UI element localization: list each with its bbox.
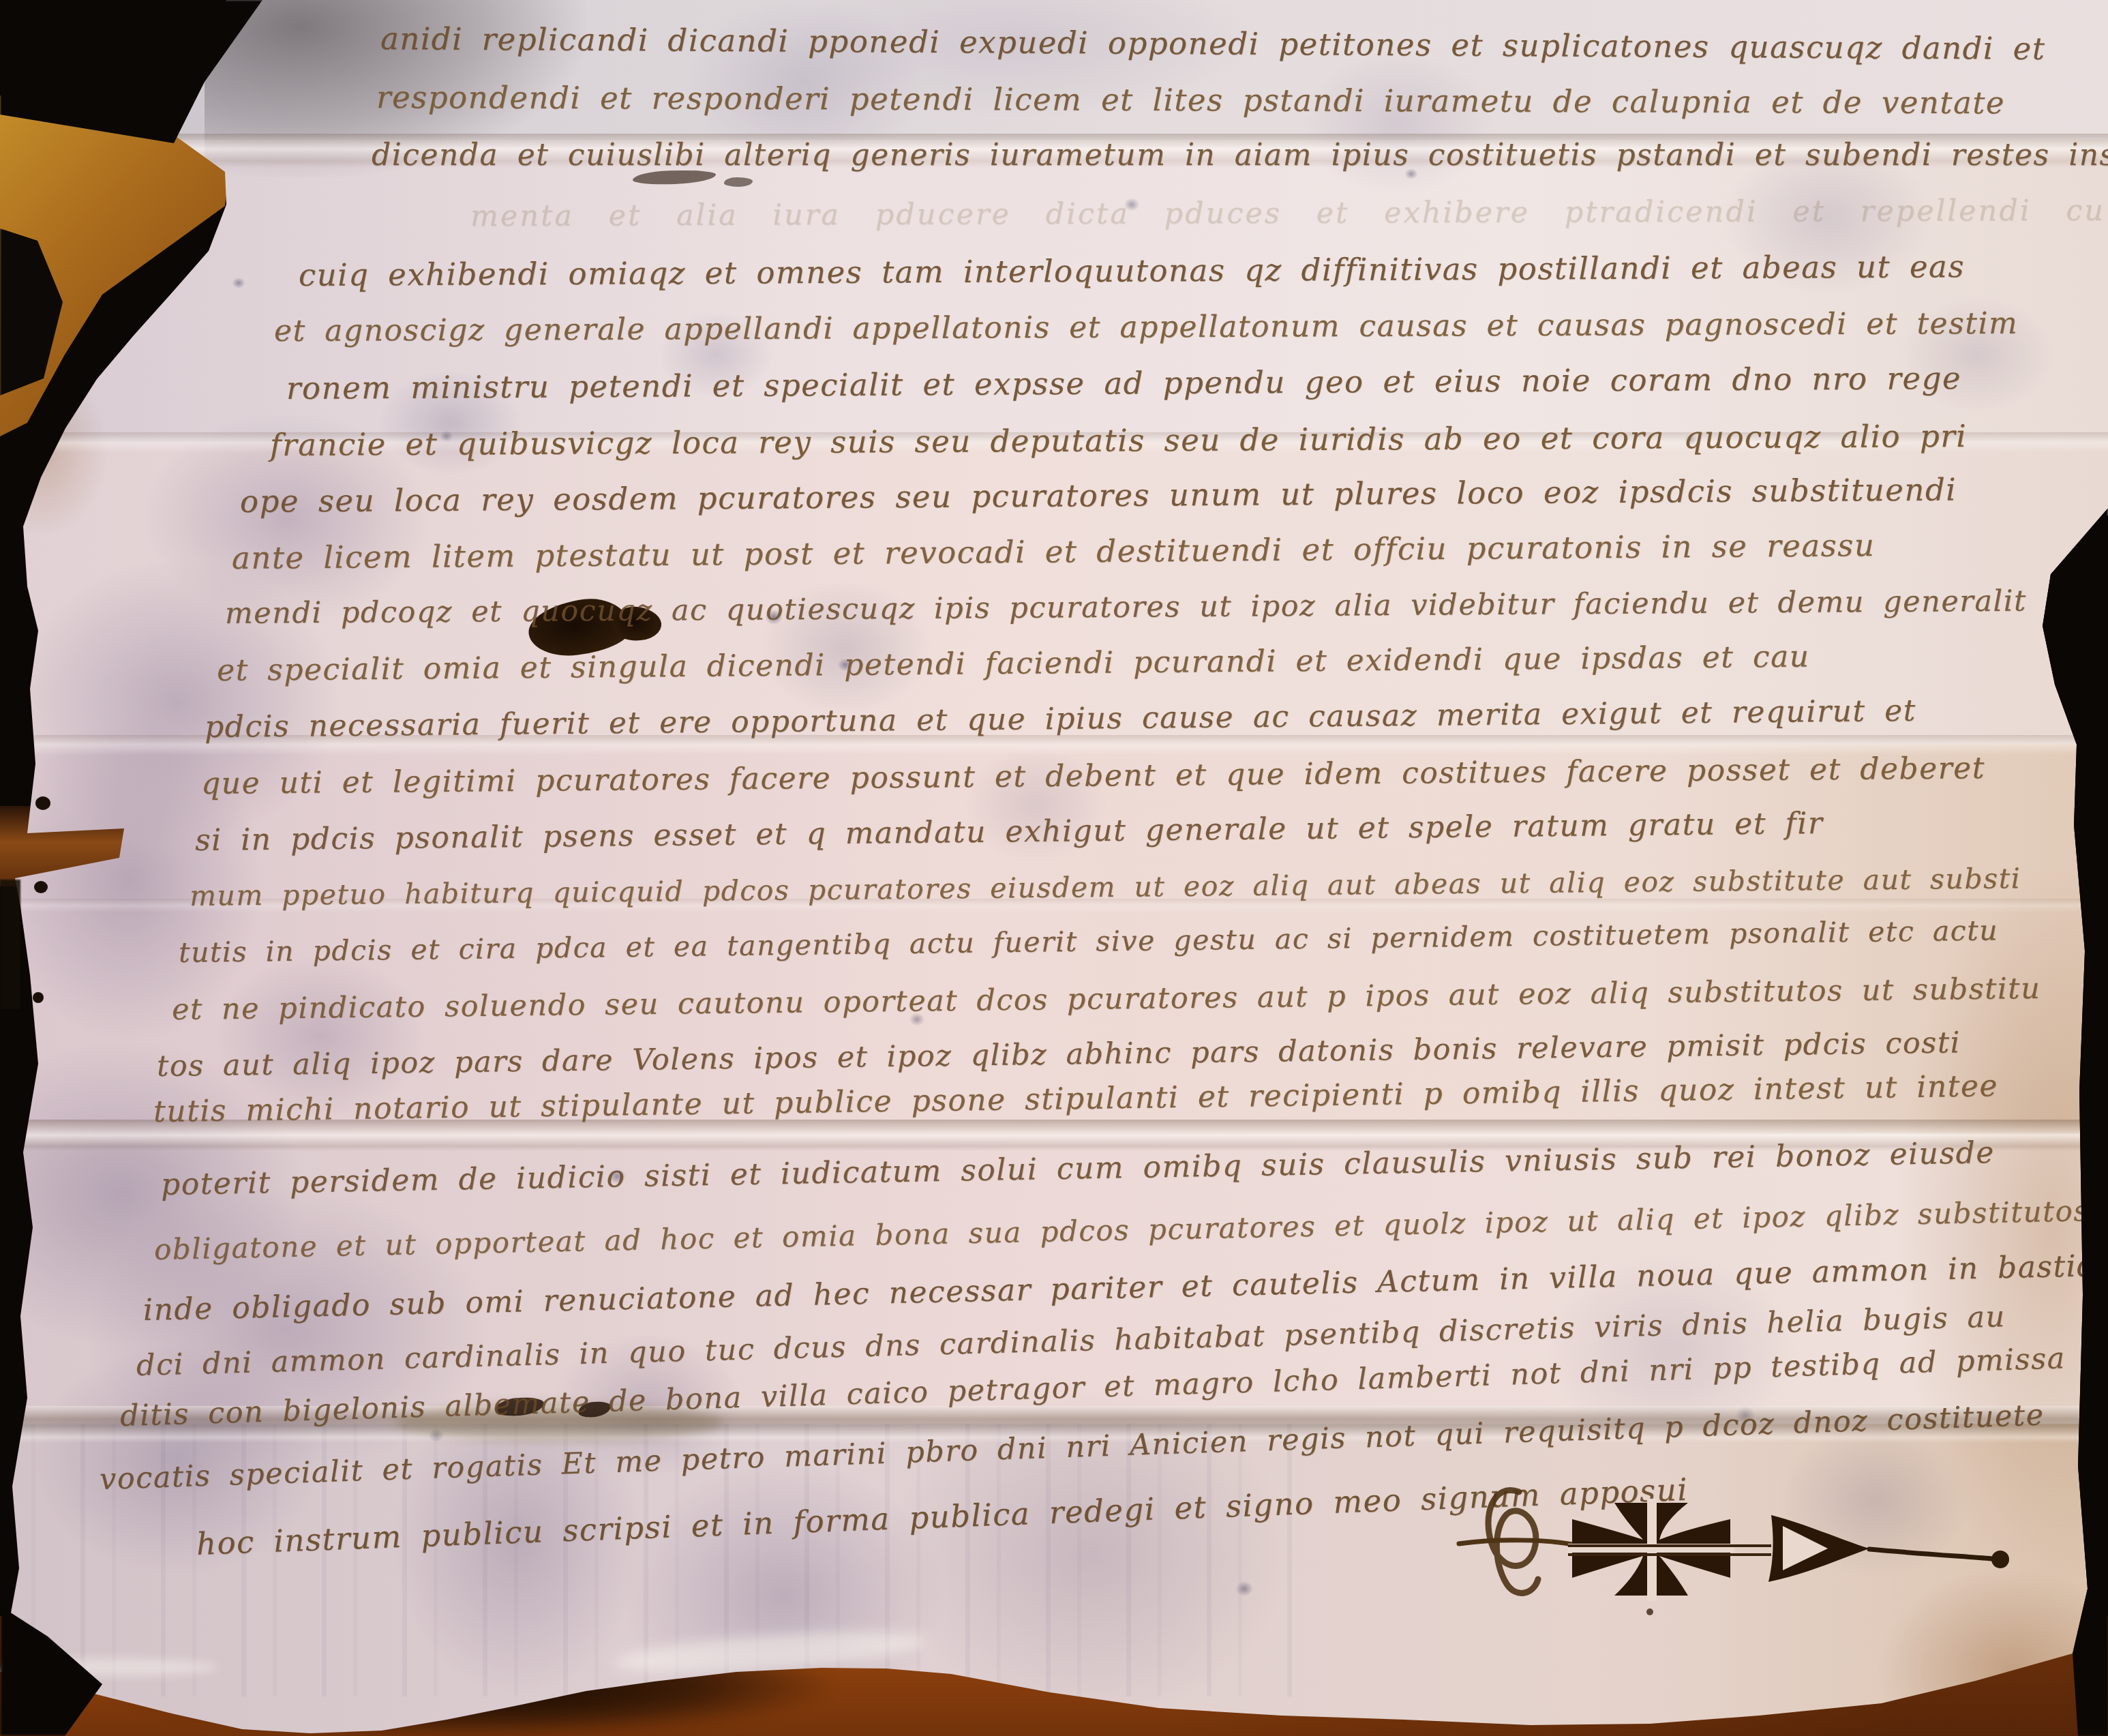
manuscript-line: cuiq exhibendi omiaqz et omnes tam inter… xyxy=(299,248,1965,293)
notarial-sign-icon xyxy=(1451,1478,2037,1635)
manuscript-line: mum ppetuo habiturq quicquid pdcos pcura… xyxy=(190,862,2021,912)
manuscript-line: dicenda et cuiuslibi alteriq generis iur… xyxy=(372,138,2108,173)
manuscript-line: mendi pdcoqz et quocuqz ac quotiescuqz i… xyxy=(225,584,2027,631)
manuscript-line: et ne pindicato soluendo seu cautonu opo… xyxy=(172,972,2041,1027)
tail-line xyxy=(1869,1549,1992,1559)
sign-shaft-line xyxy=(1459,1540,1572,1544)
manuscript-line: et agnoscigz generale appellandi appella… xyxy=(274,306,2018,348)
manuscript-line: ronem ministru petendi et specialit et e… xyxy=(286,360,1961,406)
manuscript-line: ante licem litem ptestatu ut post et rev… xyxy=(232,527,1876,576)
manuscript-line: francie et quibusvicgz loca rey suis seu… xyxy=(270,418,1967,463)
manuscript-line: poterit persidem de iudicio sisti et iud… xyxy=(161,1135,1996,1202)
manuscript-line: respondendi et responderi petendi licem … xyxy=(376,79,2005,121)
manuscript-line: pdcis necessaria fuerit et ere opportuna… xyxy=(205,693,1916,745)
manuscript-text: anidi replicandi dicandi pponedi expuedi… xyxy=(0,0,2108,1736)
manuscript-line: ope seu loca rey eosdem pcuratores seu p… xyxy=(240,471,1957,520)
ink-dot xyxy=(1991,1551,2009,1568)
manuscript-line: que uti et legitimi pcuratores facere po… xyxy=(201,751,1985,801)
manuscript-line: anidi replicandi dicandi pponedi expuedi… xyxy=(380,20,2046,67)
manuscript-line: et specialit omia et singula dicendi pet… xyxy=(217,640,1810,688)
manuscript-line: si in pdcis psonalit psens esset et q ma… xyxy=(195,806,1824,858)
manuscript-line: menta et alia iura pducere dicta pduces … xyxy=(470,193,2108,233)
ink-speck xyxy=(1646,1608,1653,1615)
black-backdrop-left-strip xyxy=(0,880,20,1009)
photograph-of-parchment-charter: anidi replicandi dicandi pponedi expuedi… xyxy=(0,0,2108,1736)
parchment-sheet: anidi replicandi dicandi pponedi expuedi… xyxy=(0,0,2108,1736)
manuscript-line: tutis in pdcis et cira pdca et ea tangen… xyxy=(179,914,1999,969)
